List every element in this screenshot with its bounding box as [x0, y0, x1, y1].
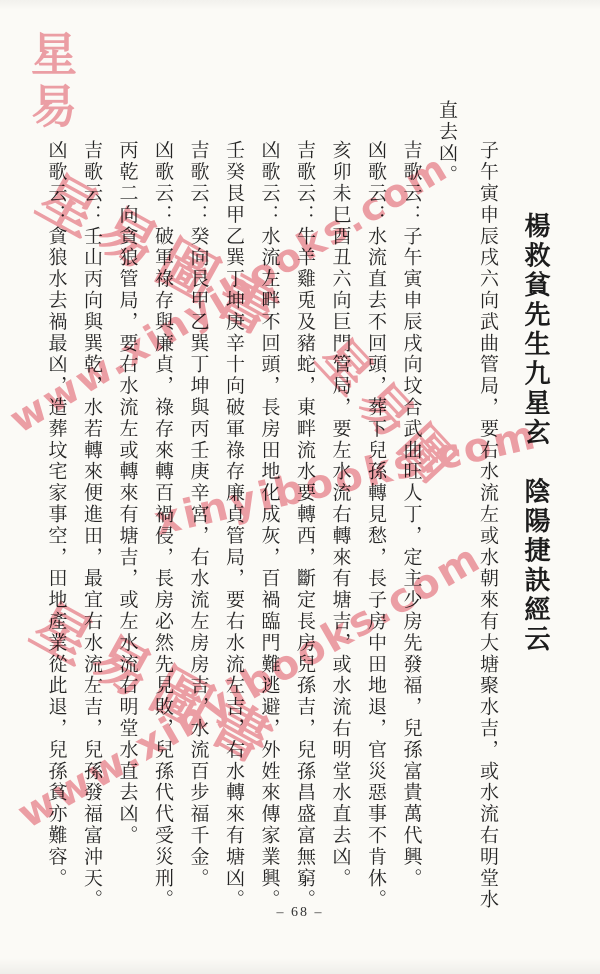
text-column: 凶歌云：貪狼水去禍最凶，造葬坟宅家事空，田地產業從此退，兒孫貧亦難容。 — [38, 100, 74, 916]
text-column: 凶歌云：水流直去不回頭，葬下兒孫轉見愁，長子房中田地退，官災惡事不肯休。 — [358, 100, 394, 916]
text-column: 子午寅申辰戌六向武曲管局，要右水流左或水朝來有大塘聚水吉，或水流右明堂水 — [464, 100, 510, 916]
scanned-book-page: 楊救貧先生九星玄 陰陽捷訣經云子午寅申辰戌六向武曲管局，要右水流左或水朝來有大塘… — [0, 0, 600, 974]
text-column: 丙乾二向貪狼管局，要右水流左或轉來有塘吉，或左水流右明堂水直去凶。 — [109, 100, 145, 916]
text-column: 壬癸艮甲乙巽丁坤庚辛十向破軍祿存廉貞管局，要右水流左吉，右水轉來有塘凶。 — [216, 100, 252, 916]
text-block: 楊救貧先生九星玄 陰陽捷訣經云子午寅申辰戌六向武曲管局，要右水流左或水朝來有大塘… — [36, 100, 560, 916]
text-column: 吉歌云：子午寅申辰戌向坟合武曲旺人丁，定主少房先發福，兒孫富貴萬代興。 — [393, 100, 429, 916]
text-column: 亥卯未巳酉丑六向巨門管局，要左水流右轉來有塘吉，或水流右明堂水直去凶。 — [322, 100, 358, 916]
text-column: 吉歌云：壬山丙向與巽乾，水若轉來便進田，最宜右水流左吉，兒孫發福富沖天。 — [74, 100, 110, 916]
text-column: 吉歌云：牛羊雞兎及豬蛇，東畔流水要轉西，斷定長房兒孫吉，兒孫昌盛富無窮。 — [287, 100, 323, 916]
text-column: 直去凶。 — [429, 100, 465, 916]
text-column: 凶歌云：水流左畔不回頭，長房田地化成灰，百禍臨門難逃避，外姓來傳家業興。 — [251, 100, 287, 916]
page-number: – 68 – — [0, 905, 600, 921]
text-column: 吉歌云：癸向艮甲乙巽丁坤與丙壬庚辛宮，右水流左房房吉，水流百步福千金。 — [180, 100, 216, 916]
text-column: 凶歌云：破軍祿存與廉貞，祿存來轉百禍侵，長房必然先見敗，兒孫代代受災刑。 — [145, 100, 181, 916]
book-title-column: 楊救貧先生九星玄 陰陽捷訣經云 — [510, 100, 560, 916]
